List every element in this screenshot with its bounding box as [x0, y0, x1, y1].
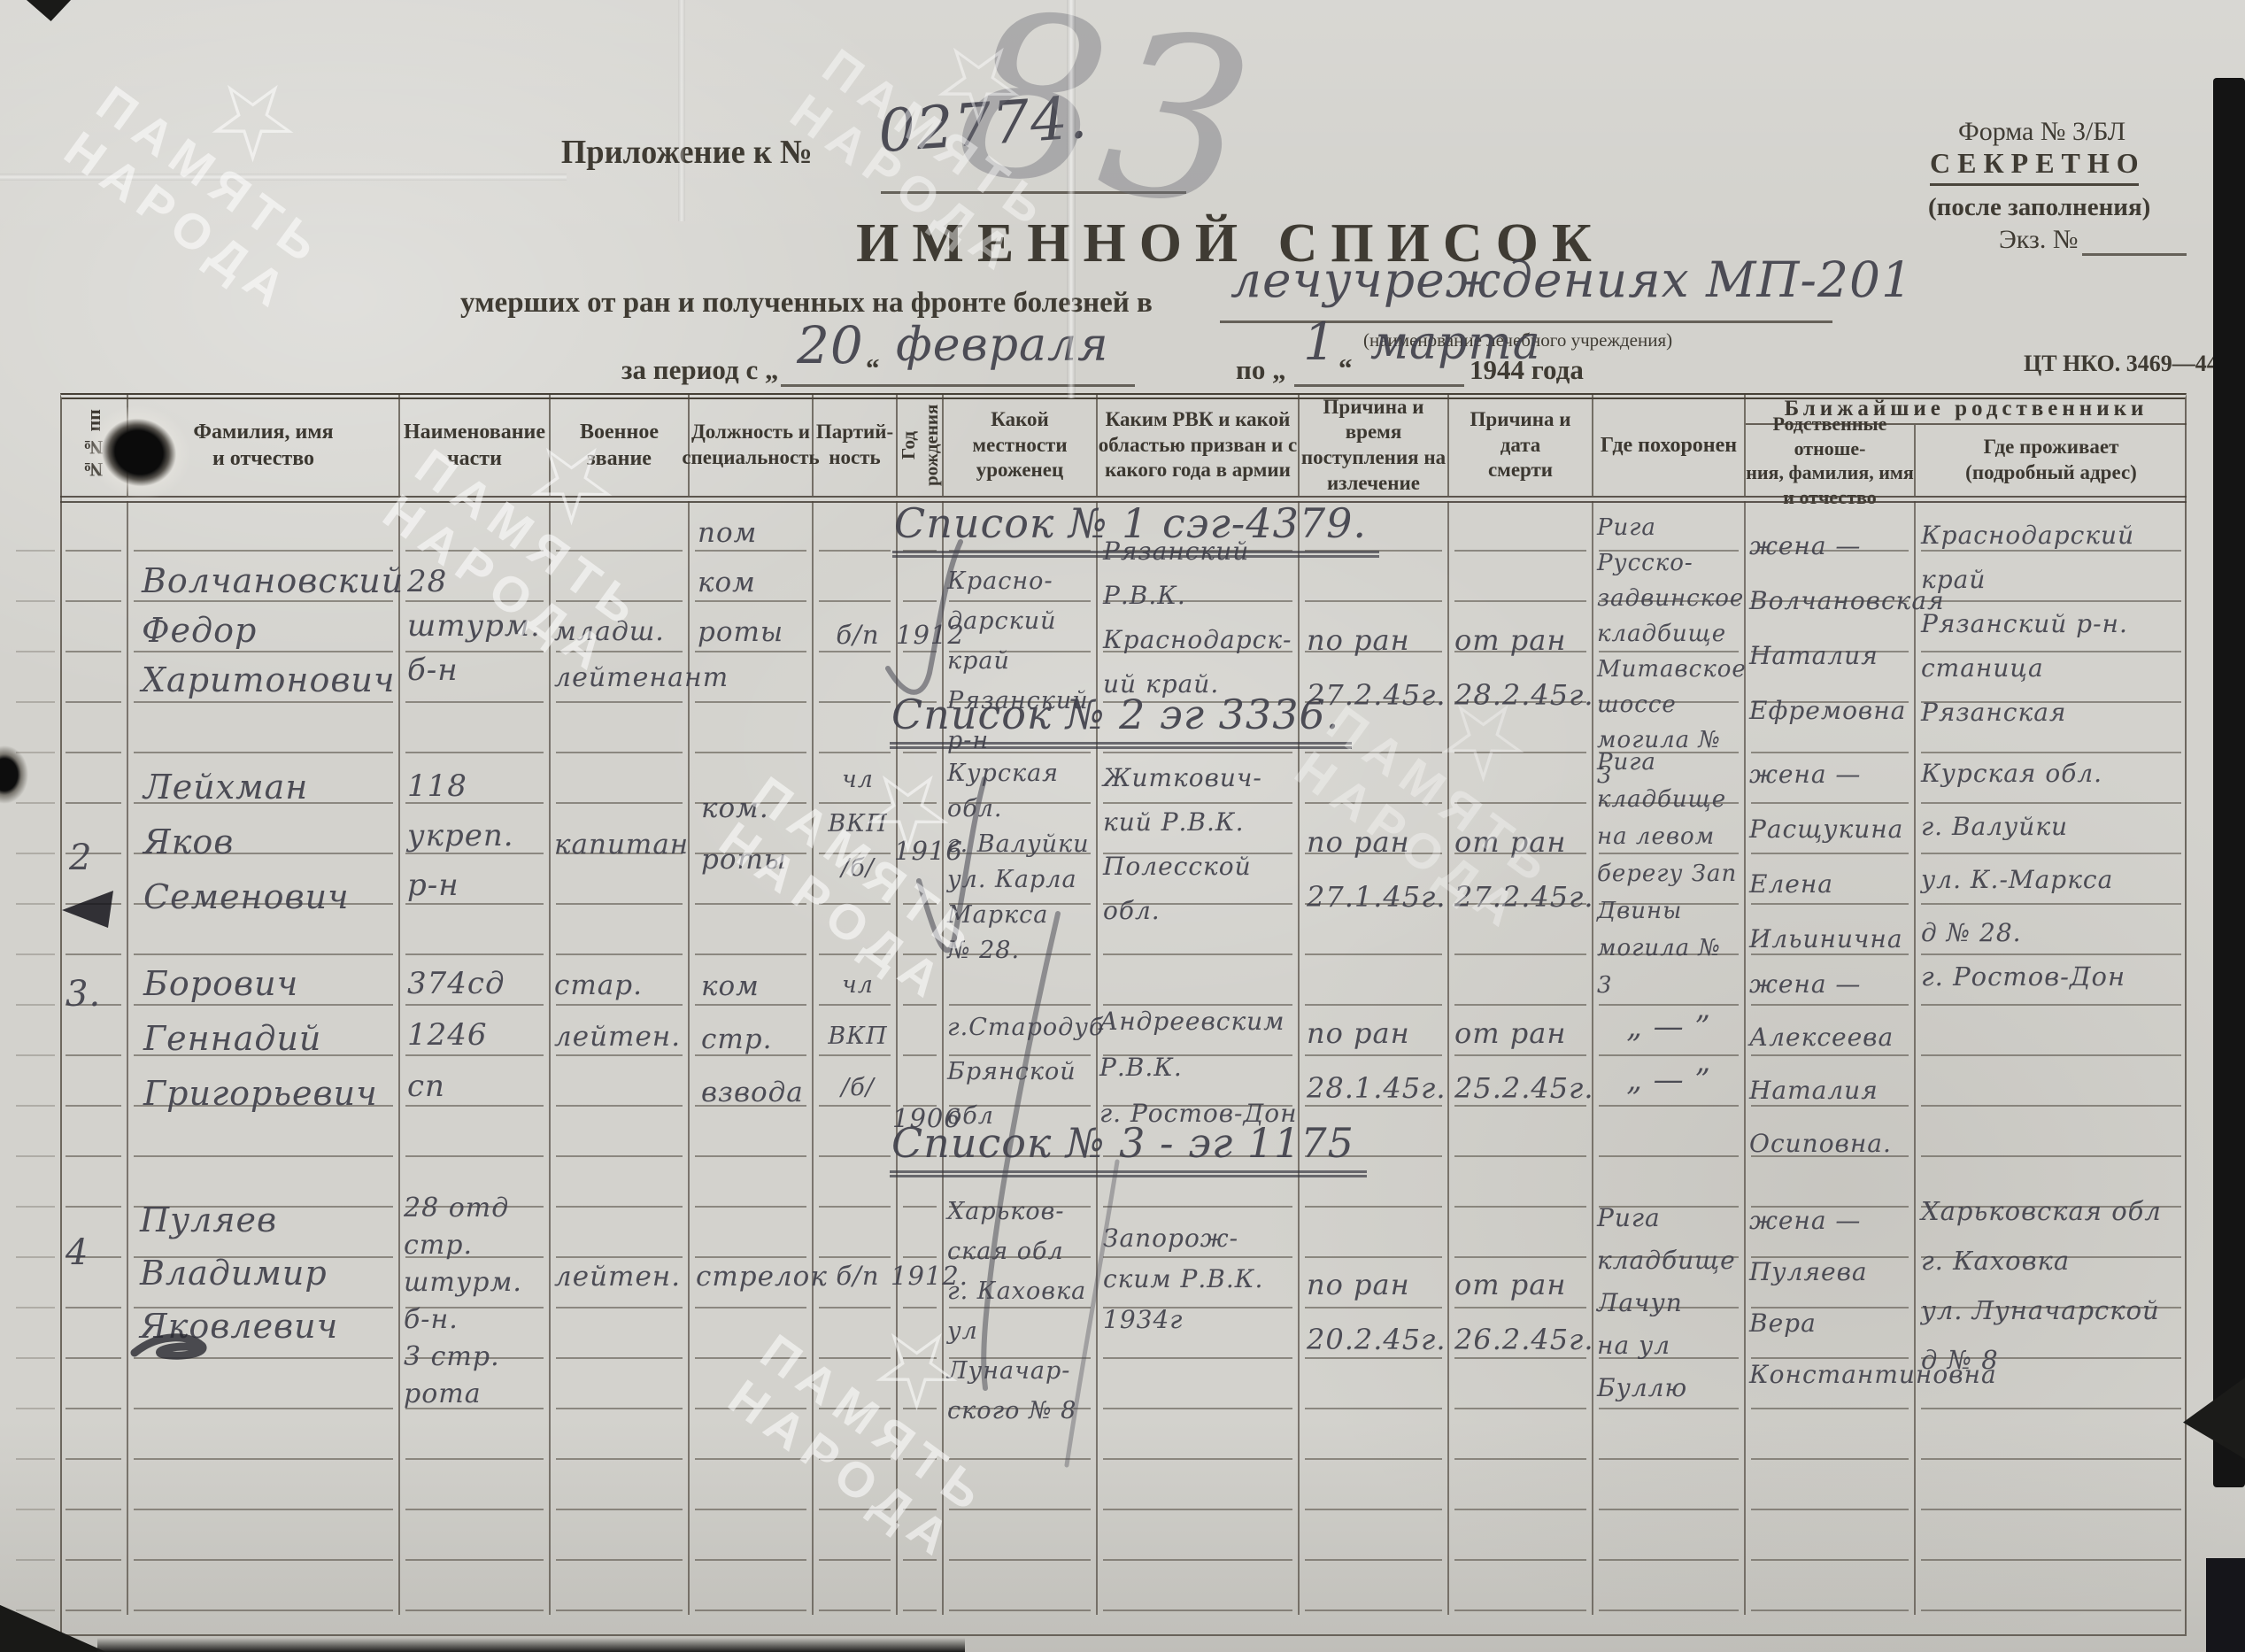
checkmark-row-2: [919, 779, 984, 950]
arrow-mark-row-2: [62, 891, 113, 928]
pencil-marks: [0, 0, 2245, 1652]
pencil-stroke-row-4: [1067, 1162, 1117, 1465]
pencil-stroke-rows-3-4: [984, 914, 1058, 1388]
scanned-document-sheet: Приложение к № 02774. 83 Форма № 3/БЛ С …: [0, 0, 2245, 1652]
scan-edge-bottom: [97, 1638, 965, 1652]
scan-corner-bottom-right: [2206, 1558, 2245, 1652]
scan-edge-right: [2213, 78, 2245, 1487]
checkmark-row-1: [888, 542, 960, 692]
scribble-row-4-name: [135, 1338, 203, 1355]
